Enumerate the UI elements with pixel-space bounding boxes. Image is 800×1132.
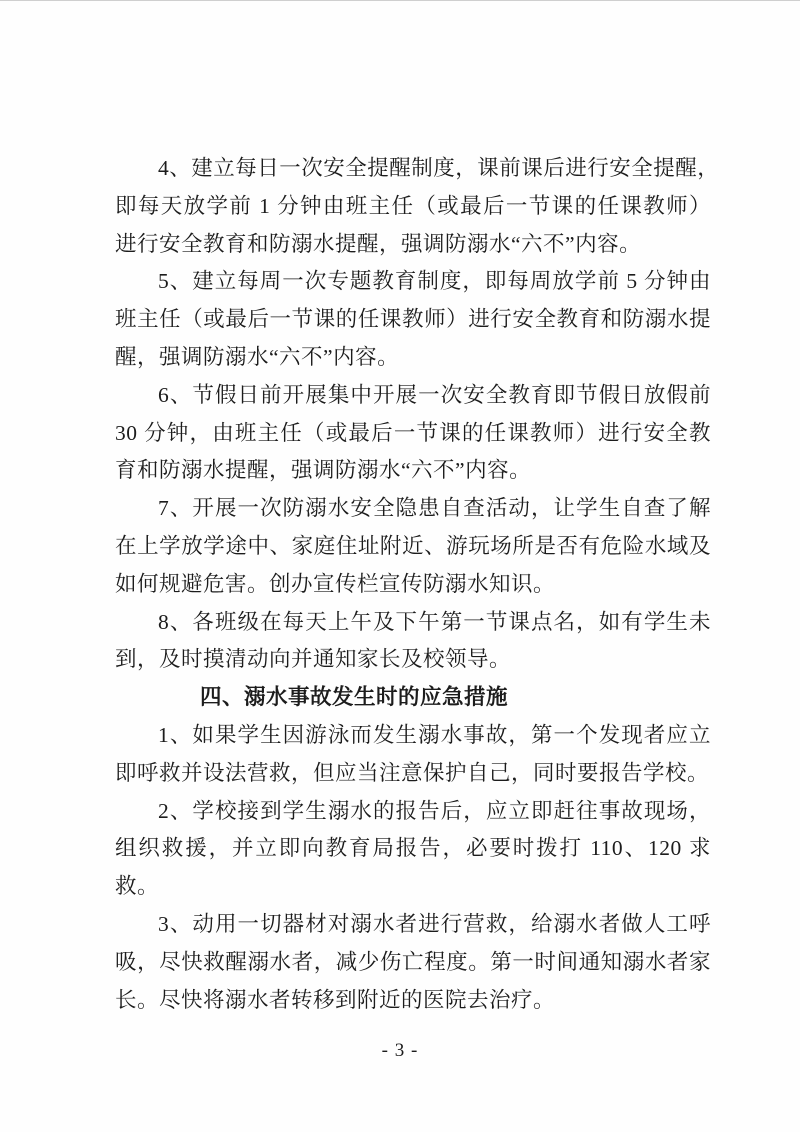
paragraph: 2、学校接到学生溺水的报告后，应立即赶往事故现场， 组织救援，并立即向教育局报告…	[115, 793, 711, 906]
text-line: 8、各班级在每天上午及下午第一节课点名，如有学生未	[115, 604, 711, 642]
text-line: 3、动用一切器材对溺水者进行营救，给溺水者做人工呼	[115, 906, 711, 944]
text-line: 即呼救并设法营救，但应当注意保护自己，同时要报告学校。	[115, 755, 711, 793]
text-line: 1、如果学生因游泳而发生溺水事故，第一个发现者应立	[115, 717, 711, 755]
text-line: 6、节假日前开展集中开展一次安全教育即节假日放假前	[115, 377, 711, 415]
paragraph: 3、动用一切器材对溺水者进行营救，给溺水者做人工呼 吸，尽快救醒溺水者，减少伤亡…	[115, 906, 711, 1019]
paragraph: 5、建立每周一次专题教育制度，即每周放学前 5 分钟由 班主任（或最后一节课的任…	[115, 263, 711, 376]
text-line: 4、建立每日一次安全提醒制度，课前课后进行安全提醒，	[115, 150, 711, 188]
text-line: 组织救援，并立即向教育局报告，必要时拨打 110、120 求救。	[115, 830, 711, 906]
text-line: 长。尽快将溺水者转移到附近的医院去治疗。	[115, 982, 711, 1020]
text-line: 2、学校接到学生溺水的报告后，应立即赶往事故现场，	[115, 793, 711, 831]
text-line: 进行安全教育和防溺水提醒，强调防溺水“六不”内容。	[115, 226, 711, 264]
text-line: 到，及时摸清动向并通知家长及校领导。	[115, 641, 711, 679]
text-line: 5、建立每周一次专题教育制度，即每周放学前 5 分钟由	[115, 263, 711, 301]
text-line: 30 分钟，由班主任（或最后一节课的任课教师）进行安全教	[115, 415, 711, 453]
text-line: 班主任（或最后一节课的任课教师）进行安全教育和防溺水提	[115, 301, 711, 339]
paragraph: 7、开展一次防溺水安全隐患自查活动，让学生自查了解 在上学放学途中、家庭住址附近…	[115, 490, 711, 603]
text-line: 在上学放学途中、家庭住址附近、游玩场所是否有危险水域及	[115, 528, 711, 566]
body-text: 4、建立每日一次安全提醒制度，课前课后进行安全提醒， 即每天放学前 1 分钟由班…	[115, 150, 711, 1019]
document-page: 4、建立每日一次安全提醒制度，课前课后进行安全提醒， 即每天放学前 1 分钟由班…	[0, 0, 800, 1132]
page-number-footer: - 3 -	[0, 1040, 800, 1062]
text-line: 7、开展一次防溺水安全隐患自查活动，让学生自查了解	[115, 490, 711, 528]
text-line: 如何规避危害。创办宣传栏宣传防溺水知识。	[115, 566, 711, 604]
paragraph: 6、节假日前开展集中开展一次安全教育即节假日放假前 30 分钟，由班主任（或最后…	[115, 377, 711, 490]
section-heading: 四、溺水事故发生时的应急措施	[115, 679, 711, 717]
paragraph: 4、建立每日一次安全提醒制度，课前课后进行安全提醒， 即每天放学前 1 分钟由班…	[115, 150, 711, 263]
text-line: 吸，尽快救醒溺水者，减少伤亡程度。第一时间通知溺水者家	[115, 944, 711, 982]
text-line: 育和防溺水提醒，强调防溺水“六不”内容。	[115, 452, 711, 490]
paragraph: 8、各班级在每天上午及下午第一节课点名，如有学生未 到，及时摸清动向并通知家长及…	[115, 604, 711, 680]
text-line: 即每天放学前 1 分钟由班主任（或最后一节课的任课教师）	[115, 188, 711, 226]
paragraph: 1、如果学生因游泳而发生溺水事故，第一个发现者应立 即呼救并设法营救，但应当注意…	[115, 717, 711, 793]
scan-edge-line	[0, 0, 800, 1]
text-line: 醒，强调防溺水“六不”内容。	[115, 339, 711, 377]
